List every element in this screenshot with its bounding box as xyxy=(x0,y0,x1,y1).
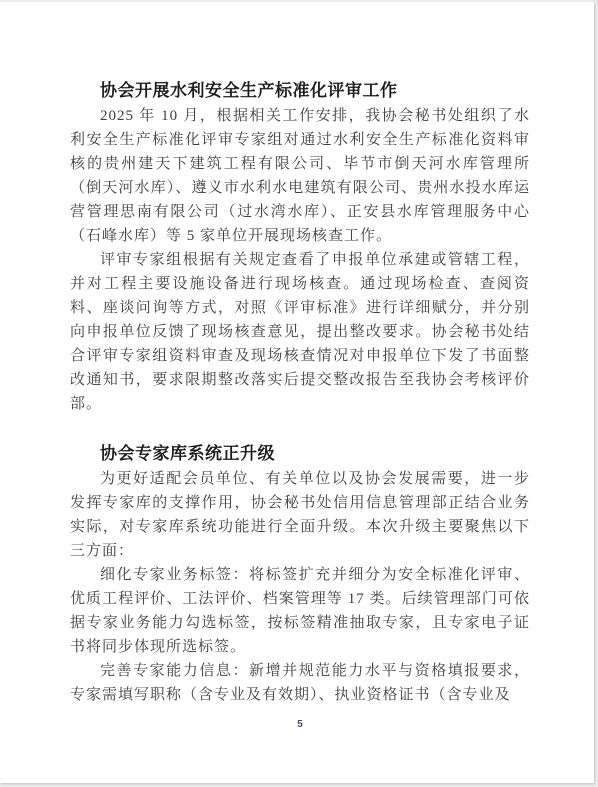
document-page: 协会开展水利安全生产标准化评审工作 2025 年 10 月，根据相关工作安排，我… xyxy=(0,2,594,783)
section-1-paragraph-2: 评审专家组根据有关规定查看了申报单位承建或管辖工程，并对工程主要设施设备进行现场… xyxy=(70,248,530,416)
section-1-heading: 协会开展水利安全生产标准化评审工作 xyxy=(70,77,530,104)
section-2-paragraph-3: 完善专家能力信息：新增并规范能力水平与资格填报要求，专家需填写职称（含专业及有效… xyxy=(70,659,530,707)
section-2-heading: 协会专家库系统正升级 xyxy=(70,440,530,467)
section-1-paragraph-1: 2025 年 10 月，根据相关工作安排，我协会秘书处组织了水利安全生产标准化评… xyxy=(70,104,530,248)
section-2-paragraph-2: 细化专家业务标签：将标签扩充并细分为安全标准化评审、优质工程评价、工法评价、档案… xyxy=(70,563,530,659)
section-2-paragraph-1: 为更好适配会员单位、有关单位以及协会发展需要，进一步发挥专家库的支撑作用，协会秘… xyxy=(70,467,530,563)
document-viewport: 协会开展水利安全生产标准化评审工作 2025 年 10 月，根据相关工作安排，我… xyxy=(0,0,598,787)
page-number: 5 xyxy=(70,719,530,730)
